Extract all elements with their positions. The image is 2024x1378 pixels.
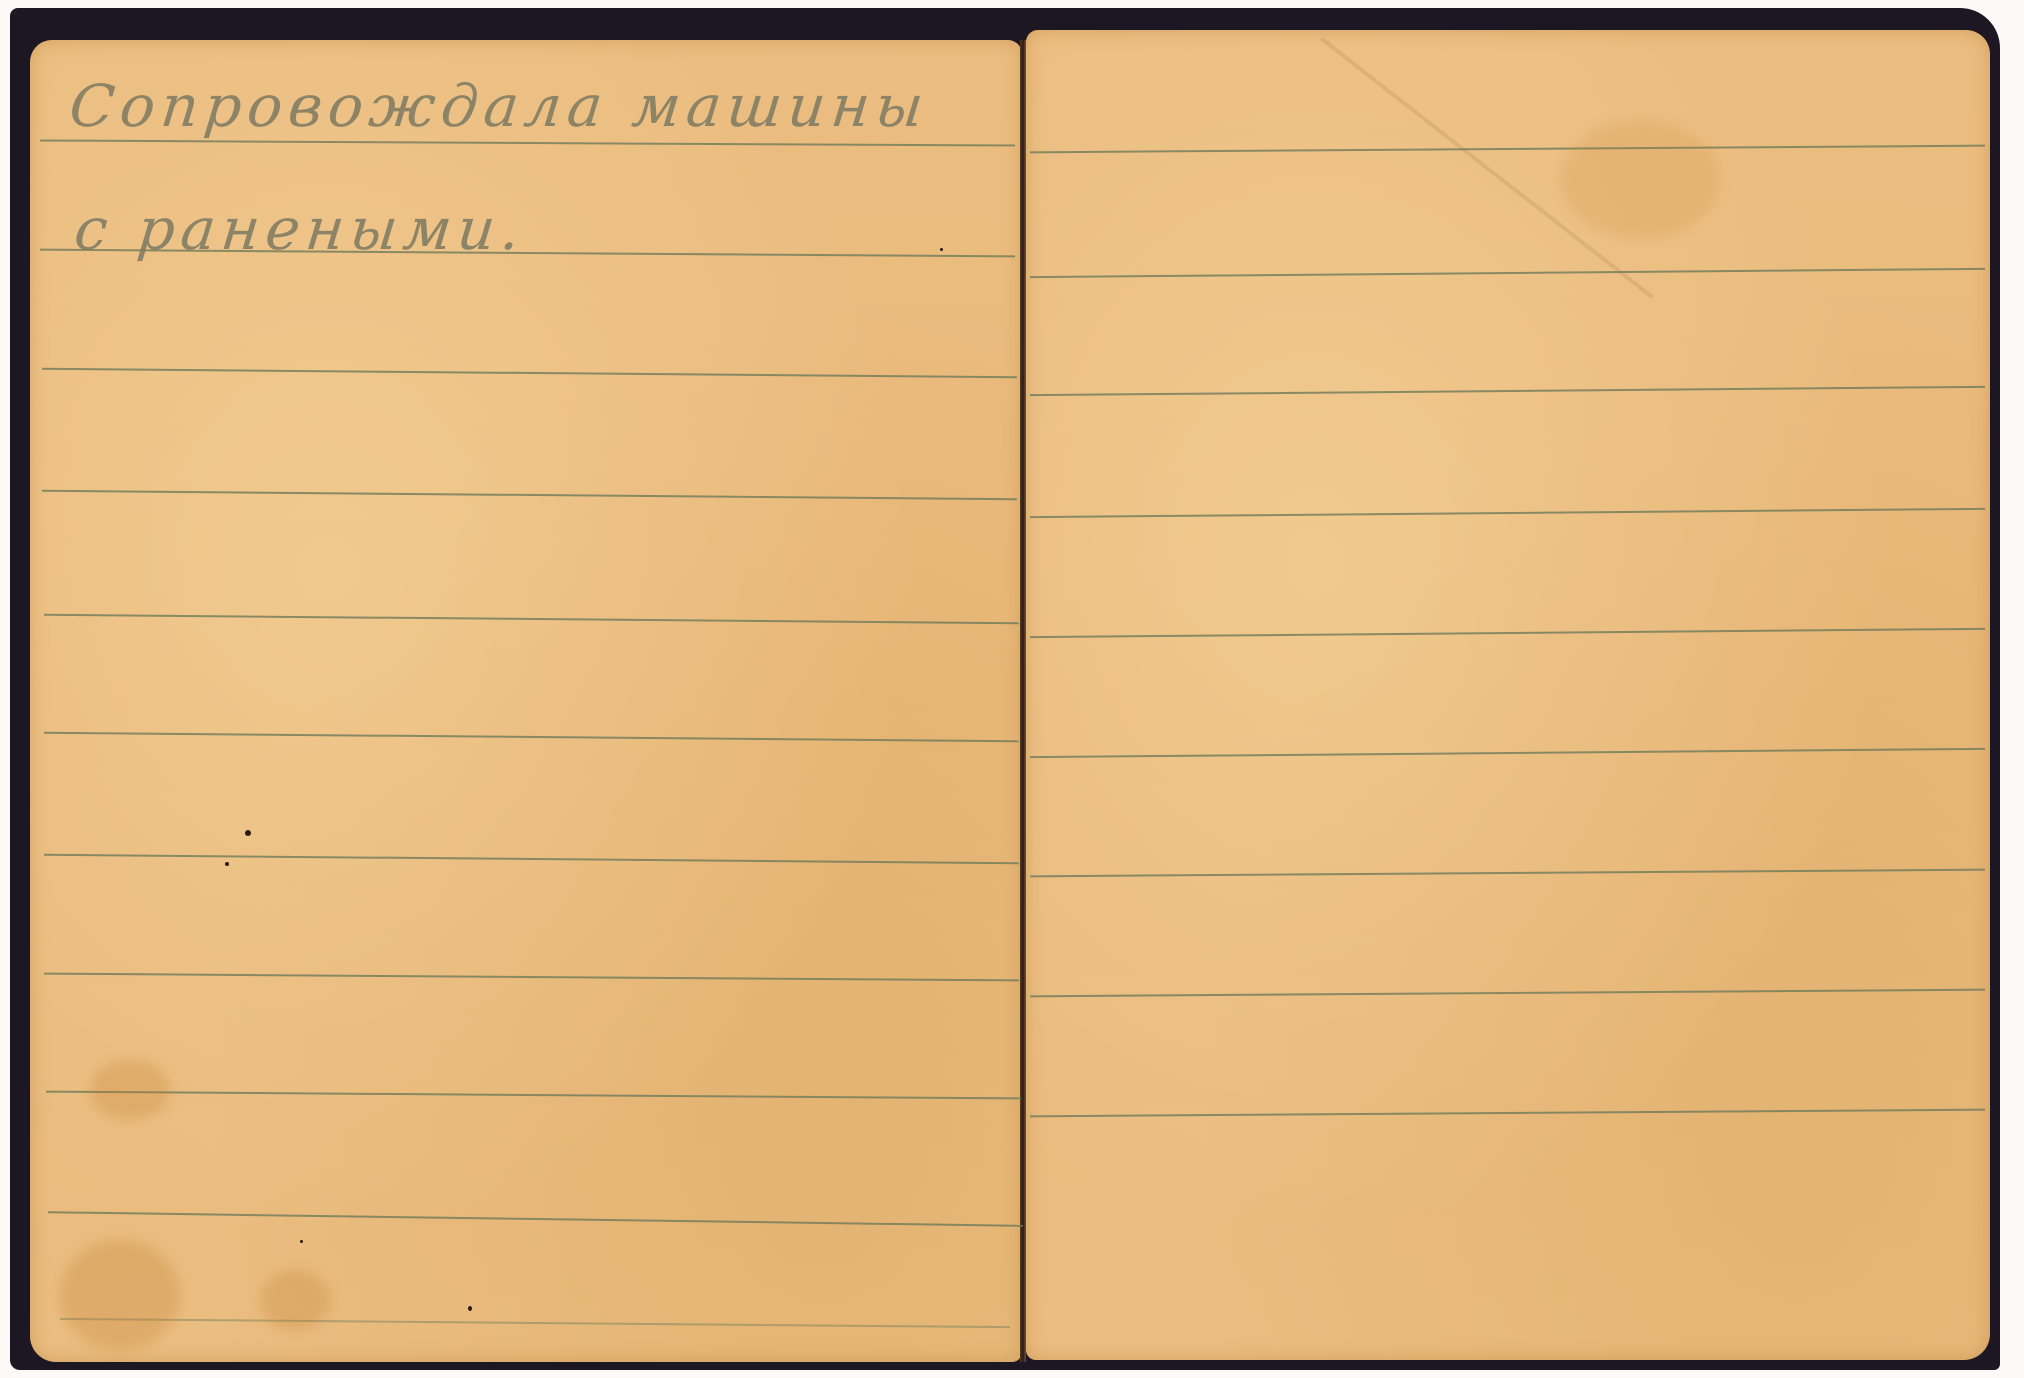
paper-speck <box>940 248 943 251</box>
paper-stain <box>60 1240 180 1350</box>
paper-speck <box>225 862 229 866</box>
paper-speck <box>245 830 251 836</box>
handwritten-line-1: Сопровождала машины <box>66 72 932 140</box>
right-page <box>1026 30 1990 1360</box>
paper-stain <box>1560 120 1720 240</box>
paper-stain <box>90 1060 170 1120</box>
paper-stain <box>260 1270 330 1330</box>
paper-speck <box>300 1240 303 1243</box>
booklet-spine <box>1020 40 1026 1362</box>
handwritten-line-2: с ранеными. <box>71 195 529 263</box>
paper-speck <box>468 1306 472 1311</box>
